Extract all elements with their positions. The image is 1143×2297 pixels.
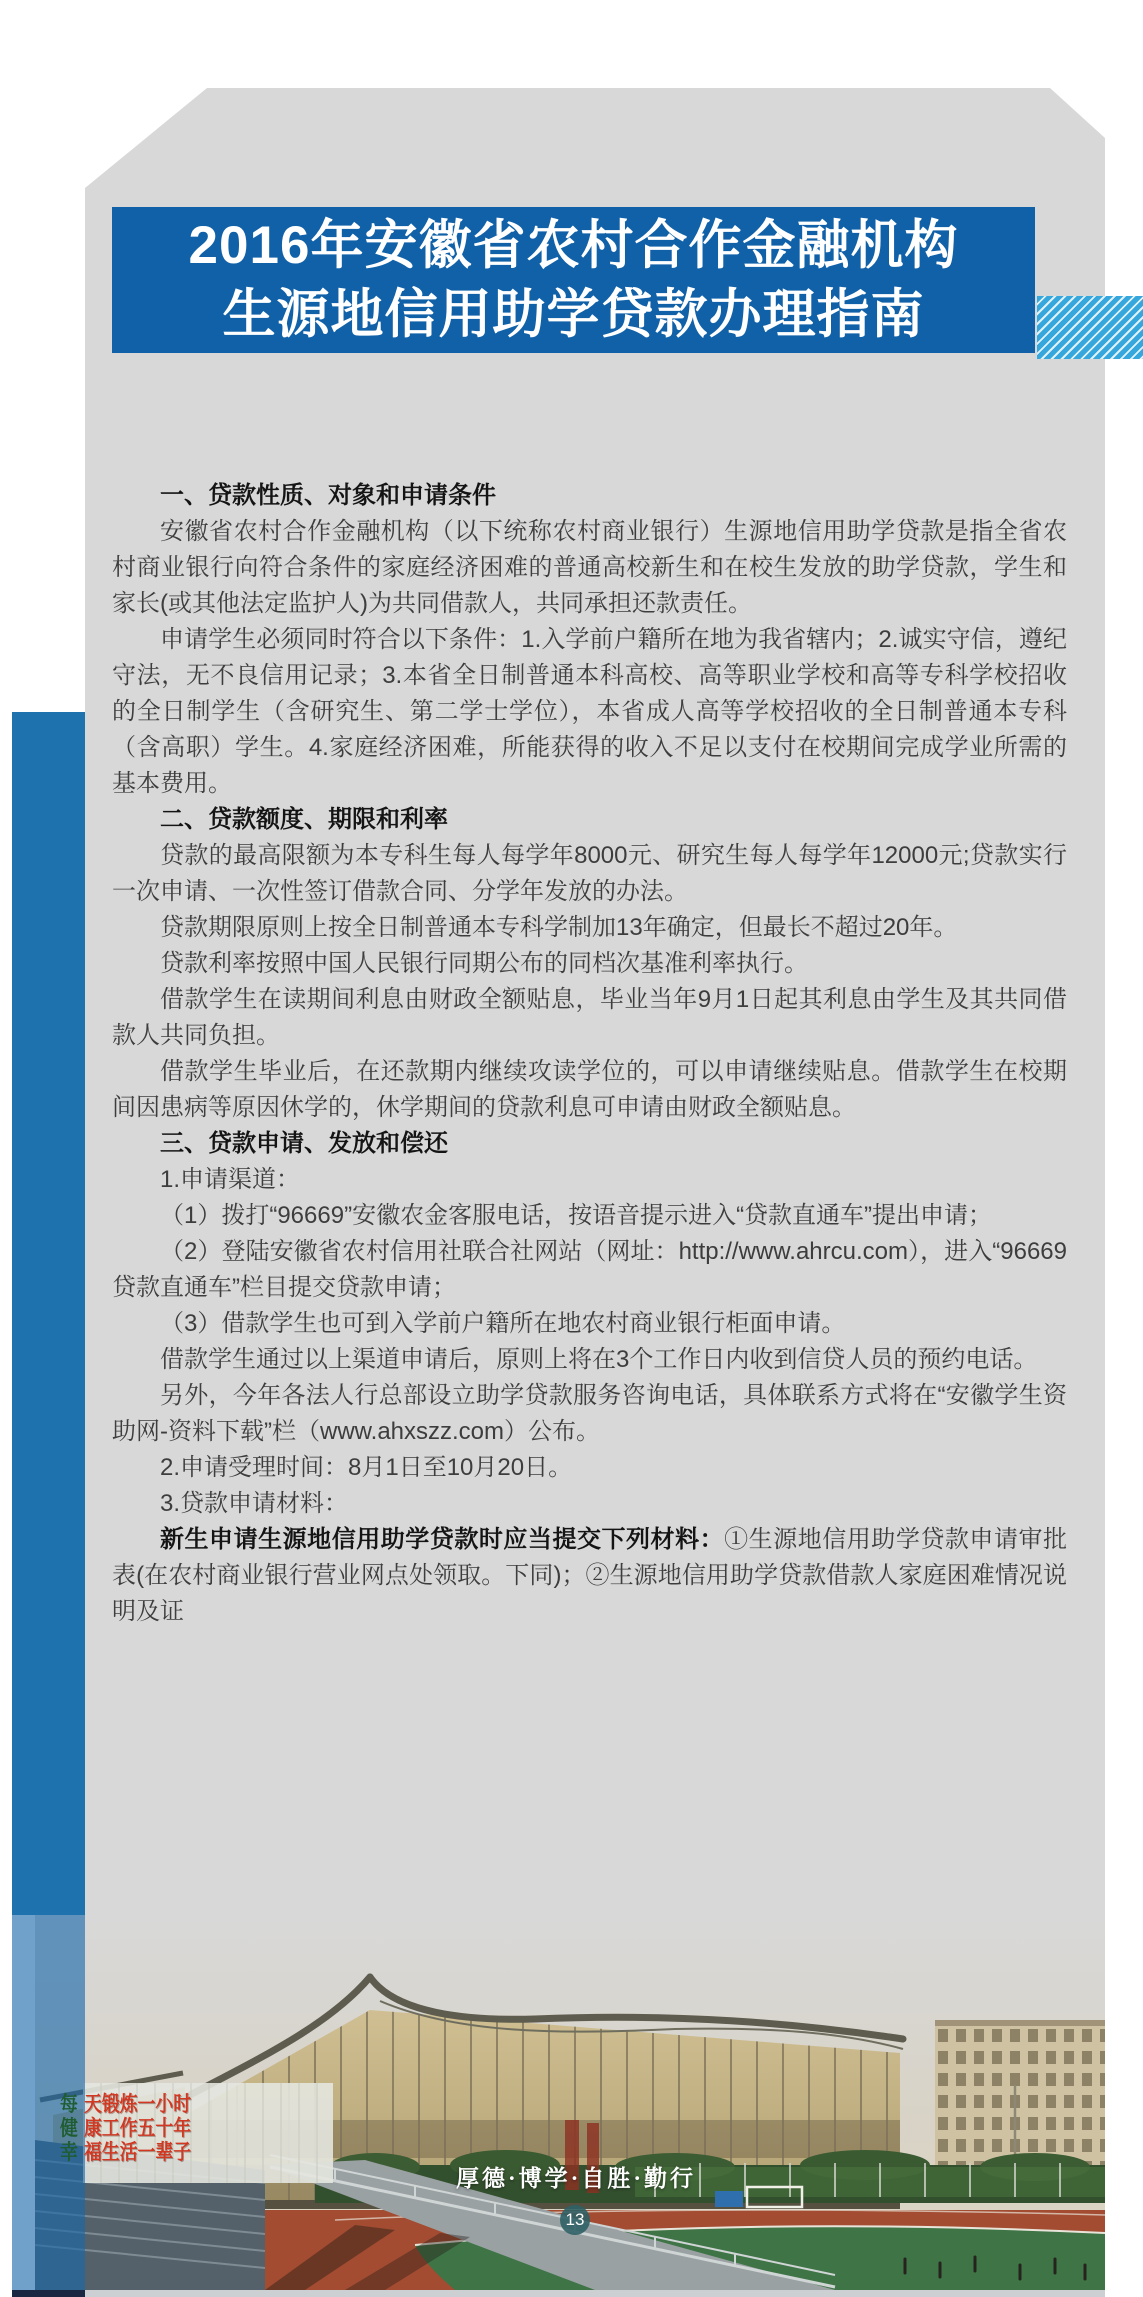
title-banner: 2016年安徽省农村合作金融机构 生源地信用助学贷款办理指南 bbox=[112, 207, 1035, 353]
paragraph: 安徽省农村合作金融机构（以下统称农村商业银行）生源地信用助学贷款是指全省农村商业… bbox=[112, 514, 1067, 622]
page-number-badge: 13 bbox=[560, 2205, 590, 2235]
page-background: { "page": { "title_line1": "2016年安徽省农村合作… bbox=[0, 0, 1143, 2297]
section-heading: 三、贷款申请、发放和偿还 bbox=[112, 1126, 1067, 1162]
paragraph: 1.申请渠道： bbox=[112, 1162, 1067, 1198]
paragraph: 贷款期限原则上按全日制普通本专科学制加13年确定，但最长不超过20年。 bbox=[112, 910, 1067, 946]
paragraph: 2.申请受理时间：8月1日至10月20日。 bbox=[112, 1450, 1067, 1486]
paragraph: 贷款利率按照中国人民银行同期公布的同档次基准利率执行。 bbox=[112, 946, 1067, 982]
paragraph: 3.贷款申请材料： bbox=[112, 1486, 1067, 1522]
hatch-ribbon bbox=[1037, 296, 1143, 359]
paragraph: 贷款的最高限额为本专科生每人每学年8000元、研究生每人每学年12000元;贷款… bbox=[112, 838, 1067, 910]
page-number: 13 bbox=[566, 2210, 585, 2229]
section-heading: 一、贷款性质、对象和申请条件 bbox=[112, 478, 1067, 514]
paragraph: （1）拨打“96669”安徽农金客服电话，按语音提示进入“贷款直通车”提出申请； bbox=[112, 1198, 1067, 1234]
paragraph: 借款学生毕业后，在还款期内继续攻读学位的，可以申请继续贴息。借款学生在校期间因患… bbox=[112, 1054, 1067, 1126]
section-heading: 二、贷款额度、期限和利率 bbox=[112, 802, 1067, 838]
paragraph: （2）登陆安徽省农村信用社联合社网站（网址：http://www.ahrcu.c… bbox=[112, 1234, 1067, 1306]
bottom-gray-strip bbox=[85, 2290, 1105, 2297]
body-content: 一、贷款性质、对象和申请条件安徽省农村合作金融机构（以下统称农村商业银行）生源地… bbox=[112, 478, 1067, 1630]
paragraph: 借款学生通过以上渠道申请后，原则上将在3个工作日内收到信贷人员的预约电话。 bbox=[112, 1342, 1067, 1378]
slogan-text: 天锻炼一小时 康工作五十年 福生活一辈子 bbox=[84, 2093, 191, 2165]
title-line-2: 生源地信用助学贷款办理指南 bbox=[223, 280, 925, 349]
slogan-vertical-text: 每 健 幸 bbox=[60, 2093, 78, 2165]
title-line-1: 2016年安徽省农村合作金融机构 bbox=[189, 211, 959, 280]
paragraph: 申请学生必须同时符合以下条件：1.入学前户籍所在地为我省辖内；2.诚实守信，遵纪… bbox=[112, 622, 1067, 802]
paragraph: 另外，今年各法人行总部设立助学贷款服务咨询电话，具体联系方式将在“安徽学生资助网… bbox=[112, 1378, 1067, 1450]
left-accent-stripe bbox=[12, 712, 85, 1915]
paragraph: 新生申请生源地信用助学贷款时应当提交下列材料：①生源地信用助学贷款申请审批表(在… bbox=[112, 1522, 1067, 1630]
motto-text: 厚德·博学·自胜·勤行 bbox=[456, 2160, 696, 2193]
bottom-navy-block bbox=[12, 2290, 85, 2297]
paragraph: 借款学生在读期间利息由财政全额贴息，毕业当年9月1日起其利息由学生及其共同借款人… bbox=[112, 982, 1067, 1054]
paragraph: （3）借款学生也可到入学前户籍所在地农村商业银行柜面申请。 bbox=[112, 1306, 1067, 1342]
